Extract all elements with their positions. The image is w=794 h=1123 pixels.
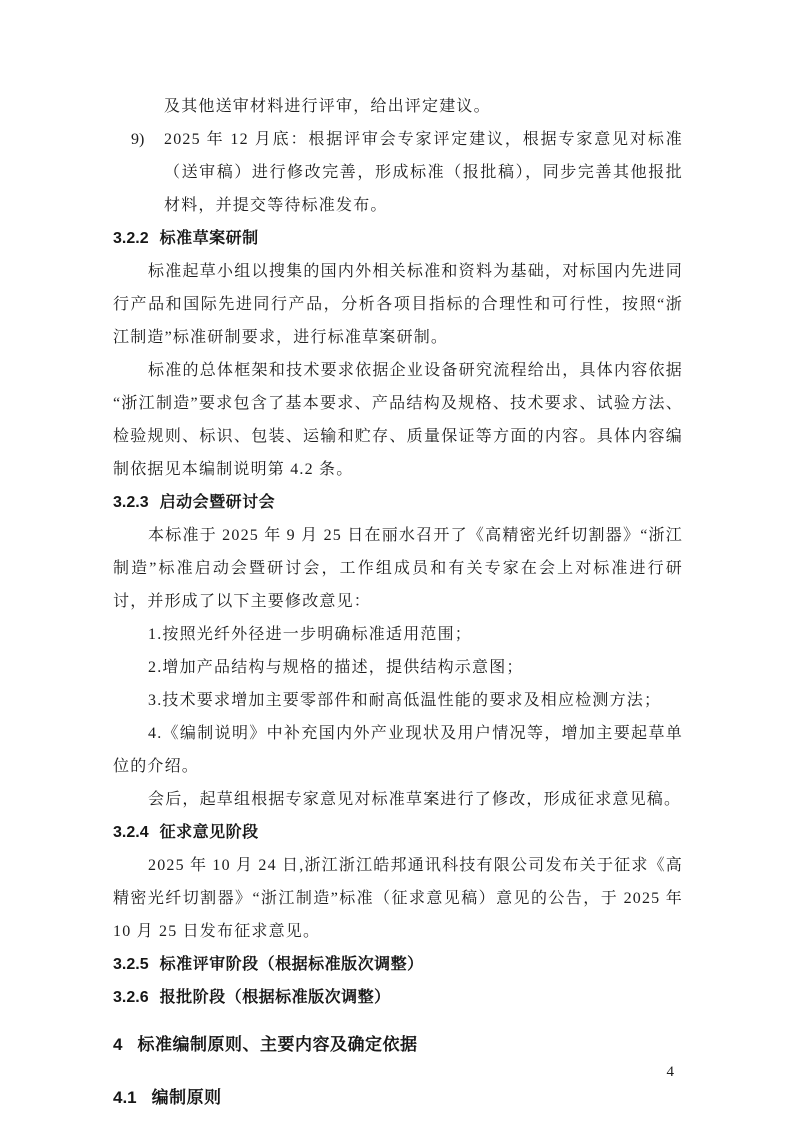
section-heading-3-2-6: 3.2.6报批阶段（根据标准版次调整） [113,981,683,1014]
section-number: 3.2.4 [113,824,149,841]
section-title: 标准评审阶段（根据标准版次调整） [160,956,424,973]
revision-item-1: 1.按照光纤外径进一步明确标准适用范围； [113,618,683,651]
section-title: 启动会暨研讨会 [160,494,276,511]
list-item-9: 9) 2025 年 12 月底：根据评审会专家评定建议，根据专家意见对标准（送审… [113,123,683,222]
document-page: 及其他送审材料进行评审，给出评定建议。 9) 2025 年 12 月底：根据评审… [0,0,794,1123]
revision-item-4: 4.《编制说明》中补充国内外产业现状及用户情况等，增加主要起草单位的介绍。 [113,717,683,783]
section-heading-3-2-2: 3.2.2标准草案研制 [113,222,683,255]
paragraph-kickoff-meeting: 本标准于 2025 年 9 月 25 日在丽水召开了《高精密光纤切割器》“浙江制… [113,519,683,618]
section-title: 征求意见阶段 [160,824,259,841]
section-number: 3.2.5 [113,956,149,973]
section-title: 编制原则 [152,1088,222,1107]
list-item-9-text: 2025 年 12 月底：根据评审会专家评定建议，根据专家意见对标准（送审稿）进… [164,123,683,222]
list-item-9-marker: 9) [131,123,144,156]
section-number: 4 [113,1035,122,1054]
section-heading-3-2-3: 3.2.3启动会暨研讨会 [113,486,683,519]
paragraph-carryover: 及其他送审材料进行评审，给出评定建议。 [113,90,683,123]
revision-item-3: 3.技术要求增加主要零部件和耐高低温性能的要求及相应检测方法； [113,684,683,717]
revision-item-2: 2.增加产品结构与规格的描述，提供结构示意图； [113,651,683,684]
section-heading-3-2-4: 3.2.4征求意见阶段 [113,816,683,849]
page-number: 4 [667,1062,675,1082]
section-number: 4.1 [113,1088,137,1107]
section-number: 3.2.2 [113,230,149,247]
section-title: 标准草案研制 [160,230,259,247]
section-heading-4-1: 4.1编制原则 [113,1081,683,1114]
section-number: 3.2.3 [113,494,149,511]
document-body: 及其他送审材料进行评审，给出评定建议。 9) 2025 年 12 月底：根据评审… [113,90,683,1114]
section-number: 3.2.6 [113,989,149,1006]
paragraph-comment-solicitation: 2025 年 10 月 24 日,浙江浙江皓邦通讯科技有限公司发布关于征求《高精… [113,849,683,948]
paragraph-after-meeting: 会后，起草组根据专家意见对标准草案进行了修改，形成征求意见稿。 [113,783,683,816]
paragraph-draft-basis: 标准起草小组以搜集的国内外相关标准和资料为基础，对标国内先进同行产品和国际先进同… [113,255,683,354]
section-heading-3-2-5: 3.2.5标准评审阶段（根据标准版次调整） [113,948,683,981]
chapter-heading-4: 4标准编制原则、主要内容及确定依据 [113,1028,683,1061]
section-title: 报批阶段（根据标准版次调整） [160,989,391,1006]
paragraph-framework: 标准的总体框架和技术要求依据企业设备研究流程给出，具体内容依据“浙江制造”要求包… [113,354,683,486]
section-title: 标准编制原则、主要内容及确定依据 [137,1035,417,1054]
